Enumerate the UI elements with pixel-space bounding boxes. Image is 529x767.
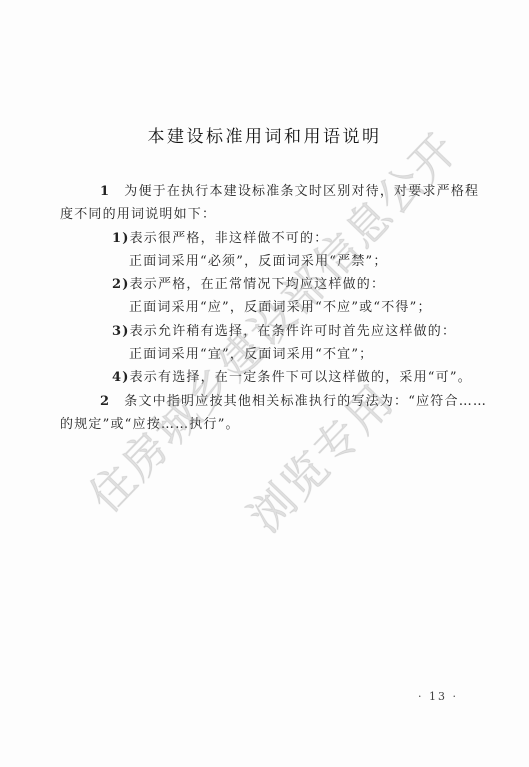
page-title: 本建设标准用词和用语说明 xyxy=(0,122,529,147)
item-text: 表示严格，在正常情况下均应这样做的： xyxy=(130,277,386,292)
list-item: 2)表示严格，在正常情况下均应这样做的： xyxy=(60,273,480,296)
list-item: 4)表示有选择，在一定条件下可以这样做的，采用“可”。 xyxy=(60,366,480,389)
paragraph-1-first-line: 1为便于在执行本建设标准条文时区别对待，对要求严格程 xyxy=(60,180,480,203)
paragraph-2-first-line: 2条文中指明应按其他相关标准执行的写法为：“应符合…… xyxy=(60,390,480,413)
item-number: 4) xyxy=(112,370,130,385)
page-number: · 13 · xyxy=(418,690,458,703)
document-page: 本建设标准用词和用语说明 1为便于在执行本建设标准条文时区别对待，对要求严格程 … xyxy=(0,0,529,767)
item-number: 1) xyxy=(112,231,130,246)
item-text: 表示有选择，在一定条件下可以这样做的，采用“可”。 xyxy=(130,370,472,385)
paragraph-text: 条文中指明应按其他相关标准执行的写法为：“应符合…… xyxy=(124,394,487,409)
item-number: 2) xyxy=(112,277,130,292)
list-item-sub: 正面词采用“应”，反面词采用“不应”或“不得”； xyxy=(60,296,480,319)
list-item: 1)表示很严格，非这样做不可的： xyxy=(60,227,480,250)
list-item-sub: 正面词采用“必须”，反面词采用“严禁”； xyxy=(60,250,480,273)
list-item: 3)表示允许稍有选择，在条件许可时首先应这样做的： xyxy=(60,320,480,343)
document-body: 1为便于在执行本建设标准条文时区别对待，对要求严格程 度不同的用词说明如下： 1… xyxy=(60,180,480,436)
item-number: 3) xyxy=(112,324,130,339)
paragraph-text: 为便于在执行本建设标准条文时区别对待，对要求严格程 xyxy=(124,184,479,199)
list-item-sub: 正面词采用“宜”，反面词采用“不宜”； xyxy=(60,343,480,366)
item-text: 表示允许稍有选择，在条件许可时首先应这样做的： xyxy=(130,324,457,339)
paragraph-number: 2 xyxy=(100,394,110,409)
paragraph-1-continuation: 度不同的用词说明如下： xyxy=(60,203,480,226)
item-text: 表示很严格，非这样做不可的： xyxy=(130,231,329,246)
paragraph-2-continuation: 的规定”或“应按……执行”。 xyxy=(60,413,480,436)
paragraph-number: 1 xyxy=(100,184,110,199)
